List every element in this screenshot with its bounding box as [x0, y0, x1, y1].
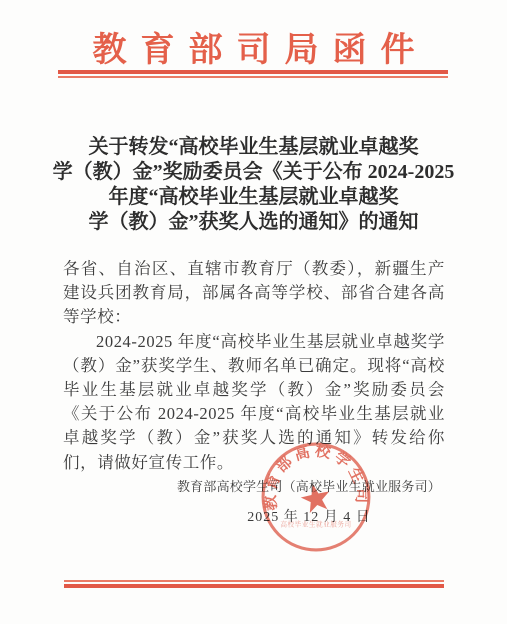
- document-title: 关于转发“高校毕业生基层就业卓越奖 学（教）金”奖励委员会《关于公布 2024-…: [40, 135, 467, 235]
- letterhead-title: 教育部司局函件: [0, 22, 507, 71]
- addressee-paragraph: 各省、自治区、直辖市教育厅（教委），新疆生产建设兵团教育局，部属各高等学校、部省…: [63, 257, 445, 330]
- document-body: 各省、自治区、直辖市教育厅（教委），新疆生产建设兵团教育局，部属各高等学校、部省…: [63, 257, 445, 475]
- document-title-line-3: 年度“高校毕业生基层就业卓越奖: [40, 185, 467, 210]
- signature-date: 2025 年 12 月 4 日: [173, 506, 445, 526]
- signing-department: 教育部高校学生司（高校毕业生就业服务司）: [173, 478, 445, 496]
- document-title-line-1: 关于转发“高校毕业生基层就业卓越奖: [40, 135, 467, 160]
- header-divider-thin-line: [58, 76, 448, 78]
- main-paragraph: 2024-2025 年度“高校毕业生基层就业卓越奖学（教）金”获奖学生、教师名单…: [63, 330, 445, 475]
- document-title-line-4: 学（教）金”获奖人选的通知》的通知: [40, 210, 467, 235]
- footer-divider: [64, 580, 444, 588]
- footer-divider-thick-line: [64, 584, 444, 588]
- signature-block: 教育部高校学生司（高校毕业生就业服务司） 2025 年 12 月 4 日: [173, 478, 445, 526]
- header-divider: [58, 70, 448, 78]
- document-title-line-2: 学（教）金”奖励委员会《关于公布 2024-2025: [40, 160, 467, 185]
- document-page: 教育部司局函件 关于转发“高校毕业生基层就业卓越奖 学（教）金”奖励委员会《关于…: [0, 0, 507, 624]
